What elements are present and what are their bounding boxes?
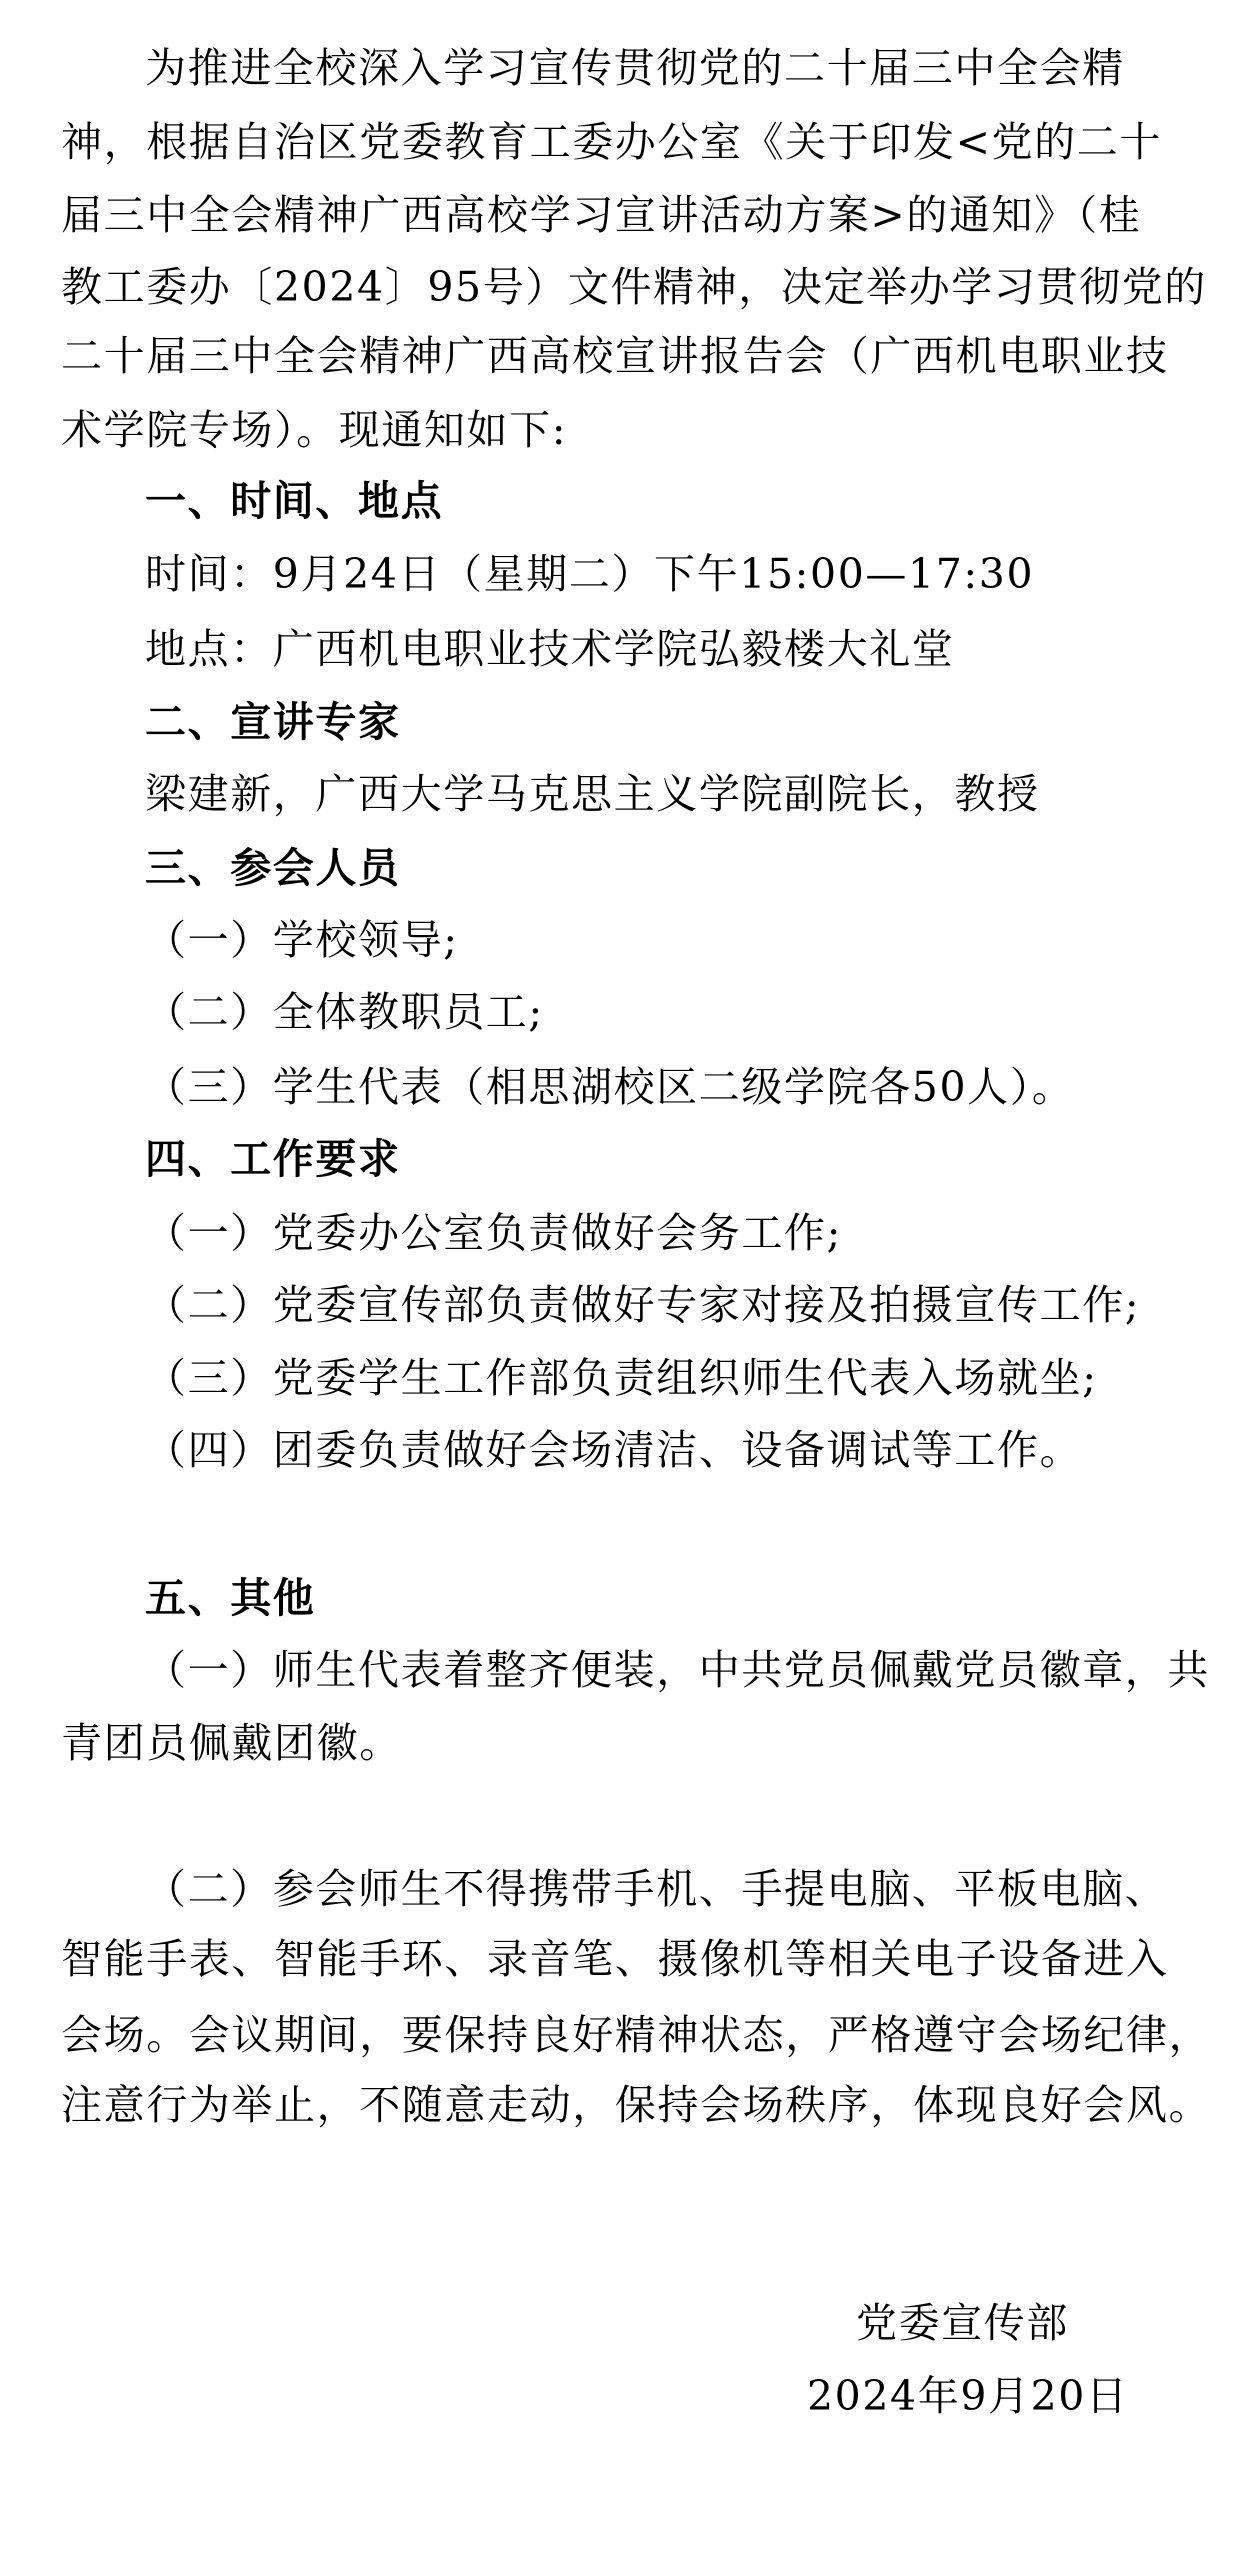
signing-date: 2024年9月20日 — [807, 2371, 1129, 2421]
list-item: （一）学校领导; — [145, 915, 459, 965]
list-item: （一）党委办公室负责做好会务工作; — [145, 1208, 842, 1258]
other-item-line: 会场。会议期间，要保持良好精神状态，严格遵守会场纪律， — [61, 2010, 1211, 2060]
list-item: （二）党委宣传部负责做好专家对接及拍摄宣传工作; — [145, 1280, 1140, 1330]
intro-line: 术学院专场）。现通知如下: — [61, 405, 567, 455]
event-place: 地点：广西机电职业技术学院弘毅楼大礼堂 — [145, 624, 954, 674]
section-heading: 四、工作要求 — [145, 1134, 401, 1184]
expert-info: 梁建新，广西大学马克思主义学院副院长，教授 — [145, 769, 1040, 819]
section-heading: 五、其他 — [145, 1573, 315, 1623]
list-item: （四）团委负责做好会场清洁、设备调试等工作。 — [145, 1425, 1082, 1475]
section-heading: 三、参会人员 — [145, 843, 401, 893]
list-item: （三）党委学生工作部负责组织师生代表入场就坐; — [145, 1353, 1098, 1403]
intro-line: 教工委办〔2024〕95号）文件精神，决定举办学习贯彻党的 — [61, 262, 1207, 312]
other-item-line: （一）师生代表着整齐便装，中共党员佩戴党员徽章，共 — [145, 1645, 1210, 1695]
list-item: （三）学生代表（相思湖校区二级学院各50人）。 — [145, 1062, 1074, 1112]
other-item-line: 青团员佩戴团徽。 — [61, 1718, 402, 1768]
intro-line: 届三中全会精神广西高校学习宣讲活动方案>的通知》（桂 — [61, 190, 1141, 240]
event-time: 时间：9月24日（星期二）下午15:00—17:30 — [145, 549, 1034, 599]
list-item: （二）全体教职员工; — [145, 987, 544, 1037]
other-item-line: 注意行为举止，不随意走动，保持会场秩序，体现良好会风。 — [61, 2080, 1211, 2130]
intro-line: 二十届三中全会精神广西高校宣讲报告会（广西机电职业技 — [61, 331, 1169, 381]
signing-department: 党委宣传部 — [856, 2298, 1069, 2348]
section-heading: 一、时间、地点 — [145, 476, 443, 526]
intro-line: 神，根据自治区党委教育工委办公室《关于印发<党的二十 — [61, 117, 1162, 167]
other-item-line: 智能手表、智能手环、录音笔、摄像机等相关电子设备进入 — [61, 1934, 1169, 1984]
intro-line: 为推进全校深入学习宣传贯彻党的二十届三中全会精 — [145, 43, 1125, 93]
section-heading: 二、宣讲专家 — [145, 697, 401, 747]
other-item-line: （二）参会师生不得携带手机、手提电脑、平板电脑、 — [145, 1864, 1167, 1914]
